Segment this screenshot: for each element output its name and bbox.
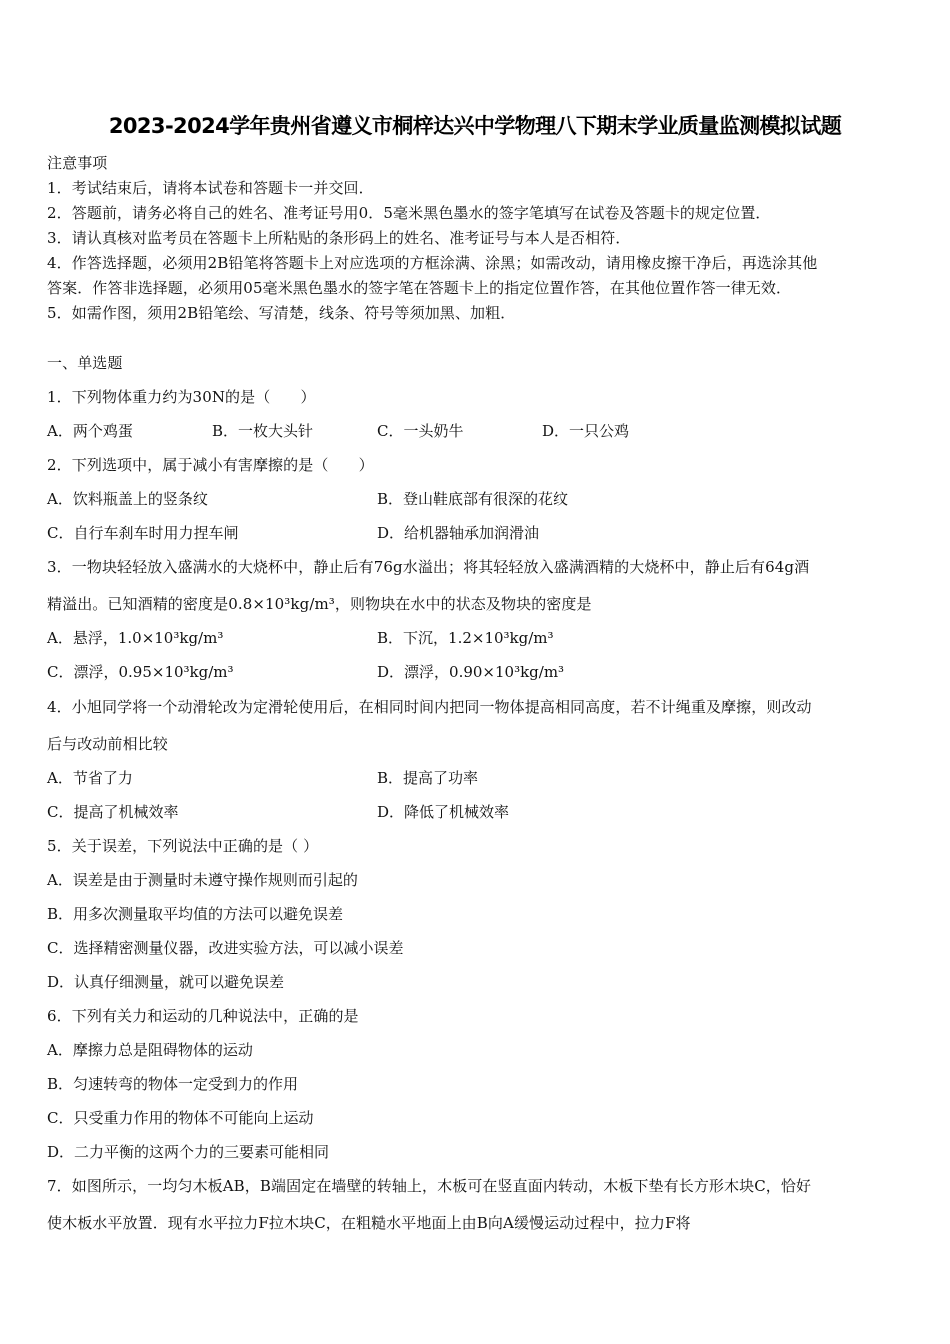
notice-item-4: 4．作答选择题，必须用2B铅笔将答题卡上对应选项的方框涂满、涂黑；如需改动，请用… (47, 252, 817, 273)
question-3-option-b[interactable]: B．下沉，1.2×10³kg/m³ (377, 627, 554, 648)
question-6-option-c[interactable]: C．只受重力作用的物体不可能向上运动 (47, 1107, 313, 1128)
notice-item-3: 3．请认真核对监考员在答题卡上所粘贴的条形码上的姓名、准考证号与本人是否相符． (47, 227, 630, 248)
question-3-option-d[interactable]: D．漂浮，0.90×10³kg/m³ (377, 661, 564, 682)
question-2-option-a[interactable]: A．饮料瓶盖上的竖条纹 (47, 488, 208, 509)
question-7-stem-cont: 使木板水平放置．现有水平拉力F拉木块C，在粗糙水平地面上由B向A缓慢运动过程中，… (47, 1212, 691, 1233)
question-6-option-d[interactable]: D．二力平衡的这两个力的三要素可能相同 (47, 1141, 329, 1162)
section-heading: 一、单选题 (47, 352, 123, 373)
notice-item-5: 5．如需作图，须用2B铅笔绘、写清楚，线条、符号等须加黑、加粗． (47, 302, 515, 323)
question-4-stem: 4．小旭同学将一个动滑轮改为定滑轮使用后，在相同时间内把同一物体提高相同高度，若… (47, 696, 812, 717)
notice-item-4-cont: 答案．作答非选择题，必须用05毫米黑色墨水的签字笔在答题卡上的指定位置作答，在其… (47, 277, 791, 298)
question-3-option-c[interactable]: C．漂浮，0.95×10³kg/m³ (47, 661, 234, 682)
question-2-stem: 2．下列选项中，属于减小有害摩擦的是（ ） (47, 454, 374, 475)
question-4-option-d[interactable]: D．降低了机械效率 (377, 801, 509, 822)
question-4-option-c[interactable]: C．提高了机械效率 (47, 801, 178, 822)
question-5-option-c[interactable]: C．选择精密测量仪器，改进实验方法，可以减小误差 (47, 937, 403, 958)
question-5-stem: 5．关于误差，下列说法中正确的是（ ） (47, 835, 318, 856)
question-2-option-c[interactable]: C．自行车刹车时用力捏车闸 (47, 522, 238, 543)
question-2-option-d[interactable]: D．给机器轴承加润滑油 (377, 522, 539, 543)
question-6-option-b[interactable]: B．匀速转弯的物体一定受到力的作用 (47, 1073, 298, 1094)
question-1-stem: 1．下列物体重力约为30N的是（ ） (47, 386, 316, 407)
question-4-option-a[interactable]: A．节省了力 (47, 767, 133, 788)
question-1-option-d[interactable]: D．一只公鸡 (542, 420, 629, 441)
question-3-stem-cont: 精溢出。已知酒精的密度是0.8×10³kg/m³，则物块在水中的状态及物块的密度… (47, 593, 592, 614)
notice-heading: 注意事项 (47, 152, 107, 173)
question-6-option-a[interactable]: A．摩擦力总是阻碍物体的运动 (47, 1039, 253, 1060)
question-5-option-d[interactable]: D．认真仔细测量，就可以避免误差 (47, 971, 284, 992)
question-4-stem-cont: 后与改动前相比较 (47, 733, 168, 754)
notice-item-1: 1．考试结束后，请将本试卷和答题卡一并交回． (47, 177, 374, 198)
question-6-stem: 6．下列有关力和运动的几种说法中，正确的是 (47, 1005, 359, 1026)
question-5-option-a[interactable]: A．误差是由于测量时未遵守操作规则而引起的 (47, 869, 358, 890)
question-7-stem: 7．如图所示，一均匀木板AB，B端固定在墙壁的转轴上，木板可在竖直面内转动，木板… (47, 1175, 811, 1196)
notice-item-2: 2．答题前，请务必将自己的姓名、准考证号用0．5毫米黑色墨水的签字笔填写在试卷及… (47, 202, 771, 223)
question-2-option-b[interactable]: B．登山鞋底部有很深的花纹 (377, 488, 568, 509)
question-3-option-a[interactable]: A．悬浮，1.0×10³kg/m³ (47, 627, 223, 648)
question-4-option-b[interactable]: B．提高了功率 (377, 767, 478, 788)
question-1-option-b[interactable]: B．一枚大头针 (212, 420, 313, 441)
exam-title: 2023-2024学年贵州省遵义市桐梓达兴中学物理八下期末学业质量监测模拟试题 (0, 110, 950, 140)
question-5-option-b[interactable]: B．用多次测量取平均值的方法可以避免误差 (47, 903, 343, 924)
question-1-option-a[interactable]: A．两个鸡蛋 (47, 420, 133, 441)
question-1-option-c[interactable]: C．一头奶牛 (377, 420, 463, 441)
exam-page: 2023-2024学年贵州省遵义市桐梓达兴中学物理八下期末学业质量监测模拟试题 … (0, 0, 950, 1344)
question-3-stem: 3．一物块轻轻放入盛满水的大烧杯中，静止后有76g水溢出；将其轻轻放入盛满酒精的… (47, 556, 809, 577)
